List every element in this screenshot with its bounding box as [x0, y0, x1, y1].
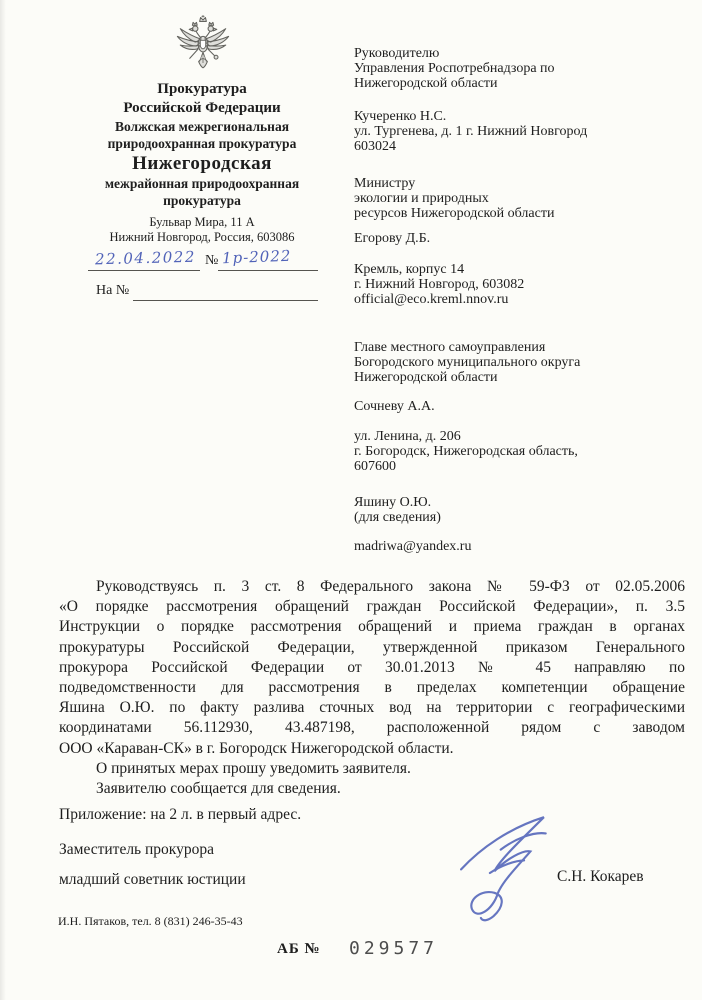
- org-line: Прокуратура: [52, 80, 352, 99]
- recipient-block-applicant: Яшину О.Ю. (для сведения) madriwa@yandex…: [354, 495, 694, 554]
- body-line: координатами 56.112930, 43.487198, распо…: [59, 718, 685, 738]
- body-line: Руководствуясь п. 3 ст. 8 Федерального з…: [59, 577, 685, 597]
- recipient-name: Яшину О.Ю.: [354, 495, 694, 510]
- handwritten-outgoing-number: 1р-2022: [222, 247, 292, 267]
- body-line: Инструкции о порядке рассмотрения обраще…: [59, 617, 685, 637]
- document-page: Прокуратура Российской Федерации Волжска…: [0, 0, 702, 1000]
- recipient-address-line: г. Нижний Новгород, 603082: [354, 277, 694, 292]
- org-line: природоохранная прокуратура: [52, 135, 352, 152]
- org-address: Бульвар Мира, 11 А Нижний Новгород, Росс…: [52, 215, 352, 245]
- recipient-name: Кучеренко Н.С.: [354, 109, 694, 124]
- handwritten-date: 22.04.2022: [95, 248, 196, 269]
- org-line: межрайонная природоохранная: [52, 175, 352, 192]
- signer-name: С.Н. Кокарев: [557, 868, 644, 886]
- org-line: Нижегородская: [52, 152, 352, 175]
- body-line: Яшина О.Ю. по факту разлива сточных вод …: [59, 698, 685, 718]
- recipient-address-line: Кремль, корпус 14: [354, 262, 694, 277]
- signer-position: Заместитель прокурора: [59, 841, 214, 859]
- recipient-title-line: Главе местного самоуправления: [354, 340, 694, 355]
- body-line: «О порядке рассмотрения обращений гражда…: [59, 597, 685, 617]
- body-line: ООО «Караван-СК» в г. Богородск Нижегоро…: [59, 739, 685, 759]
- incoming-number-underline: [133, 300, 318, 301]
- recipient-address-line: 603024: [354, 139, 694, 154]
- body-sentence: О принятых мерах прошу уведомить заявите…: [59, 759, 685, 779]
- issuing-authority: Прокуратура Российской Федерации Волжска…: [52, 80, 352, 209]
- org-line: Российской Федерации: [52, 99, 352, 118]
- recipient-address-line: ул. Тургенева, д. 1 г. Нижний Новгород: [354, 124, 694, 139]
- recipient-block-ecology-minister: Министру экологии и природных ресурсов Н…: [354, 176, 694, 307]
- recipient-address-line: г. Богородск, Нижегородская область,: [354, 444, 694, 459]
- body-line: прокуратуры Российской Федерации, утверж…: [59, 638, 685, 658]
- recipient-name: Сочневу А.А.: [354, 399, 694, 414]
- recipient-title-line: Руководителю: [354, 46, 694, 61]
- org-address-line: Бульвар Мира, 11 А: [52, 215, 352, 230]
- recipient-note: (для сведения): [354, 510, 694, 525]
- recipient-email: madriwa@yandex.ru: [354, 539, 694, 554]
- signer-rank: младший советник юстиции: [59, 871, 246, 889]
- recipient-title-line: Нижегородской области: [354, 76, 694, 91]
- body-sentence: Заявителю сообщается для сведения.: [59, 779, 685, 799]
- recipient-address-line: ул. Ленина, д. 206: [354, 429, 694, 444]
- outgoing-number-label: №: [205, 253, 218, 269]
- recipient-block-rospotrebnadzor: Руководителю Управления Роспотребнадзора…: [354, 46, 694, 154]
- org-line: Волжская межрегиональная: [52, 118, 352, 135]
- recipient-title-line: Богородского муниципального округа: [354, 355, 694, 370]
- recipient-block-municipal-head: Главе местного самоуправления Богородско…: [354, 340, 694, 474]
- form-number: 029577: [349, 938, 438, 959]
- incoming-number-label: На №: [96, 283, 129, 299]
- recipient-name: Егорову Д.Б.: [354, 231, 694, 246]
- org-line: прокуратура: [52, 192, 352, 209]
- body-line: прокурора Российской Федерации от 30.01.…: [59, 658, 685, 678]
- recipient-title-line: Нижегородской области: [354, 370, 694, 385]
- recipient-email: official@eco.kreml.nnov.ru: [354, 292, 694, 307]
- recipient-title-line: Министру: [354, 176, 694, 191]
- handwritten-signature: [448, 810, 566, 936]
- date-underline: [88, 270, 200, 271]
- form-series-label: АБ №: [277, 941, 321, 958]
- coat-of-arms-icon: [174, 11, 232, 85]
- number-underline: [218, 270, 318, 271]
- attachment-note: Приложение: на 2 л. в первый адрес.: [59, 806, 301, 824]
- recipient-address-line: 607600: [354, 459, 694, 474]
- recipient-title-line: ресурсов Нижегородской области: [354, 206, 694, 221]
- body-line: подведомственности для рассмотрения в пр…: [59, 678, 685, 698]
- executor-contact: И.Н. Пятаков, тел. 8 (831) 246-35-43: [58, 914, 243, 929]
- org-address-line: Нижний Новгород, Россия, 603086: [52, 230, 352, 245]
- recipient-title-line: экологии и природных: [354, 191, 694, 206]
- recipient-title-line: Управления Роспотребнадзора по: [354, 61, 694, 76]
- letter-body: Руководствуясь п. 3 ст. 8 Федерального з…: [59, 577, 685, 799]
